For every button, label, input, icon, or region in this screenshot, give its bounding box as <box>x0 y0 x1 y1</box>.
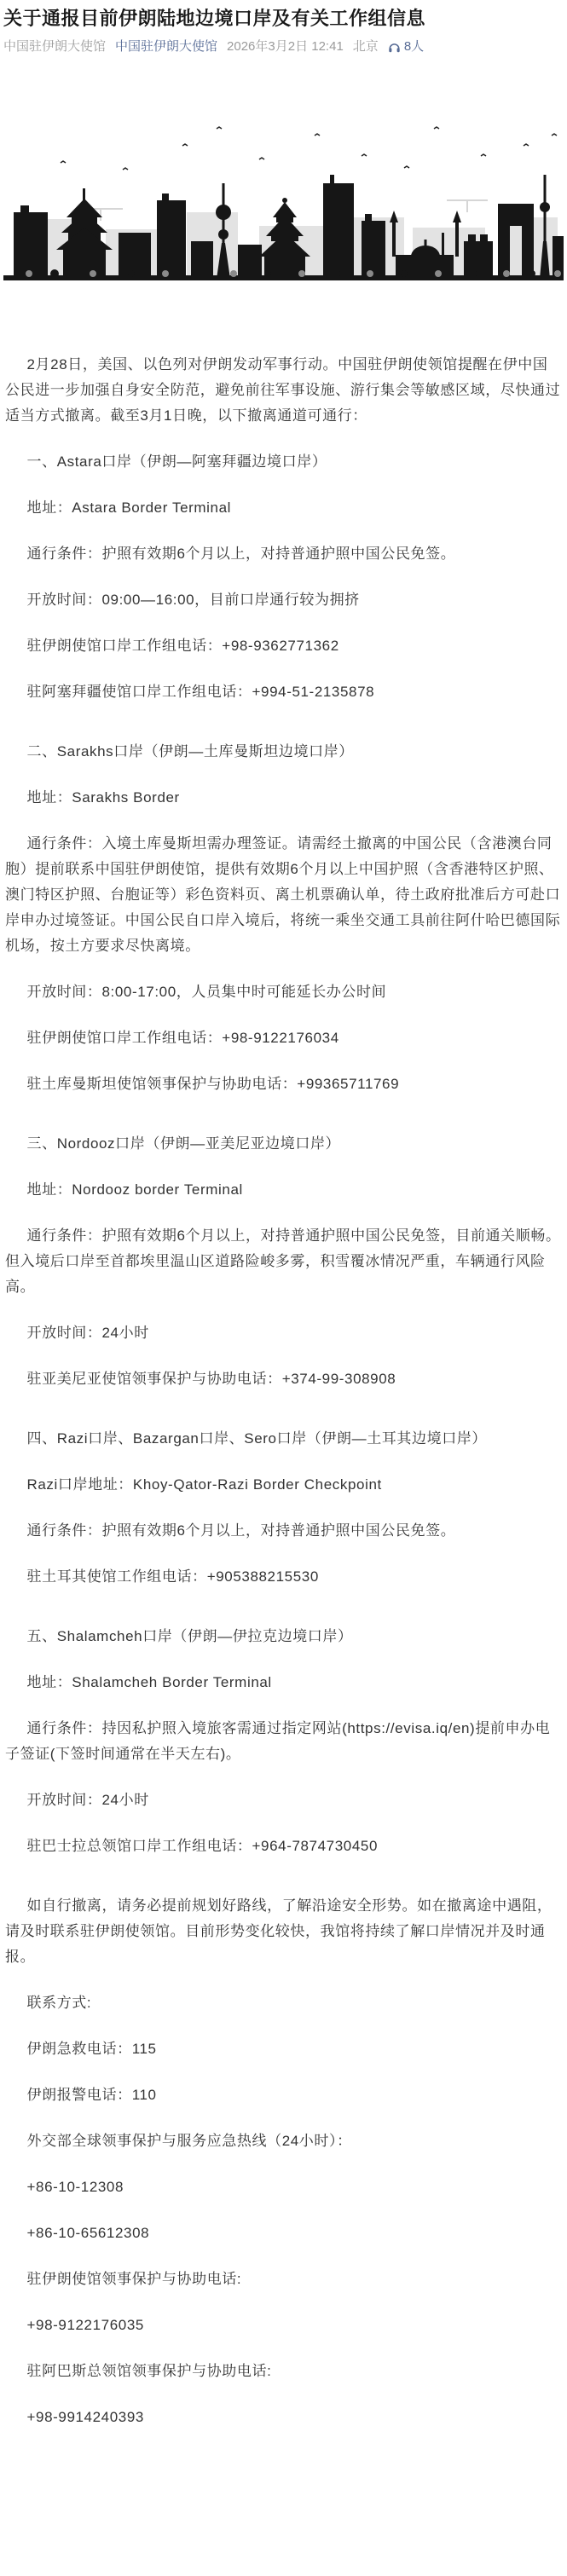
article-paragraph: 驻伊朗使馆口岸工作组电话：+98-9122176034 <box>5 1025 562 1051</box>
article-paragraph: 开放时间：09:00—16:00，目前口岸通行较为拥挤 <box>5 587 562 613</box>
article-paragraph: 伊朗急救电话：115 <box>5 2036 562 2062</box>
article-paragraph: 驻土库曼斯坦使馆领事保护与协助电话：+99365711769 <box>5 1071 562 1097</box>
listen-count: 8人 <box>404 38 424 55</box>
publish-location: 北京 <box>353 38 379 55</box>
section-heading: 四、Razi口岸、Bazargan口岸、Sero口岸（伊朗—土耳其边境口岸） <box>5 1426 562 1452</box>
article-paragraph: +98-9914240393 <box>5 2405 562 2430</box>
article-meta: 中国驻伊朗大使馆 中国驻伊朗大使馆 2026年3月2日 12:41 北京 8人 <box>3 38 564 55</box>
article-paragraph: 驻伊朗使馆口岸工作组电话：+98-9362771362 <box>5 633 562 659</box>
article-paragraph: 驻阿塞拜疆使馆口岸工作组电话：+994-51-2135878 <box>5 679 562 705</box>
article-paragraph: +86-10-12308 <box>5 2175 562 2200</box>
author-name: 中国驻伊朗大使馆 <box>3 38 106 55</box>
article-paragraph: 通行条件：入境土库曼斯坦需办理签证。请需经土撤离的中国公民（含港澳台同胞）提前联… <box>5 831 562 959</box>
section-heading: 五、Shalamcheh口岸（伊朗—伊拉克边境口岸） <box>5 1624 562 1649</box>
article-paragraph: 驻亚美尼亚使馆领事保护与协助电话：+374-99-308908 <box>5 1366 562 1392</box>
article-paragraph: 地址：Shalamcheh Border Terminal <box>5 1670 562 1695</box>
listen-button[interactable]: 8人 <box>388 38 424 55</box>
article-body: 2月28日，美国、以色列对伊朗发动军事行动。中国驻伊朗使领馆提醒在伊中国公民进一… <box>3 292 564 2469</box>
article-paragraph: 开放时间：24小时 <box>5 1788 562 1813</box>
article-paragraph: 开放时间：24小时 <box>5 1320 562 1346</box>
headphones-icon <box>388 41 401 53</box>
article-paragraph: 驻阿巴斯总领馆领事保护与协助电话: <box>5 2359 562 2384</box>
article-paragraph: 通行条件：护照有效期6个月以上，对持普通护照中国公民免签。 <box>5 1518 562 1544</box>
article-paragraph: 2月28日，美国、以色列对伊朗发动军事行动。中国驻伊朗使领馆提醒在伊中国公民进一… <box>5 352 562 429</box>
page-title: 关于通报目前伊朗陆地边境口岸及有关工作组信息 <box>3 6 564 31</box>
section-heading: 一、Astara口岸（伊朗—阿塞拜疆边境口岸） <box>5 449 562 475</box>
article-paragraph: +98-9122176035 <box>5 2313 562 2338</box>
article-paragraph: 伊朗报警电话：110 <box>5 2082 562 2108</box>
article-paragraph: 通行条件：护照有效期6个月以上，对持普通护照中国公民免签。 <box>5 541 562 567</box>
publish-date: 2026年3月2日 12:41 <box>227 38 344 55</box>
article-paragraph: 地址：Nordooz border Terminal <box>5 1177 562 1203</box>
article-paragraph: 如自行撤离，请务必提前规划好路线，了解沿途安全形势。如在撤离途中遇阻，请及时联系… <box>5 1893 562 1970</box>
city-skyline-silhouette <box>3 74 564 287</box>
article-paragraph: 通行条件：护照有效期6个月以上，对持普通护照中国公民免签，目前通关顺畅。但入境后… <box>5 1223 562 1300</box>
article-paragraph: 驻巴士拉总领馆口岸工作组电话：+964-7874730450 <box>5 1834 562 1859</box>
article-paragraph: 开放时间：8:00-17:00，人员集中时可能延长办公时间 <box>5 979 562 1005</box>
article-paragraph: 驻土耳其使馆工作组电话：+905388215530 <box>5 1564 562 1590</box>
article-paragraph: 通行条件：持因私护照入境旅客需通过指定网站(https://evisa.iq/e… <box>5 1716 562 1767</box>
article-paragraph: Razi口岸地址：Khoy-Qator-Razi Border Checkpoi… <box>5 1472 562 1498</box>
article-page: 关于通报目前伊朗陆地边境口岸及有关工作组信息 中国驻伊朗大使馆 中国驻伊朗大使馆… <box>0 6 567 2469</box>
article-paragraph: 驻伊朗使馆领事保护与协助电话: <box>5 2267 562 2292</box>
city-skyline-image <box>3 69 564 292</box>
article-paragraph: 外交部全球领事保护与服务应急热线（24小时）： <box>5 2128 562 2154</box>
article-paragraph: 联系方式: <box>5 1990 562 2016</box>
article-paragraph: 地址：Sarakhs Border <box>5 785 562 811</box>
section-heading: 三、Nordooz口岸（伊朗—亚美尼亚边境口岸） <box>5 1131 562 1157</box>
section-heading: 二、Sarakhs口岸（伊朗—土库曼斯坦边境口岸） <box>5 739 562 765</box>
article-paragraph: 地址：Astara Border Terminal <box>5 495 562 521</box>
official-account-link[interactable]: 中国驻伊朗大使馆 <box>115 38 217 55</box>
article-paragraph: +86-10-65612308 <box>5 2221 562 2246</box>
